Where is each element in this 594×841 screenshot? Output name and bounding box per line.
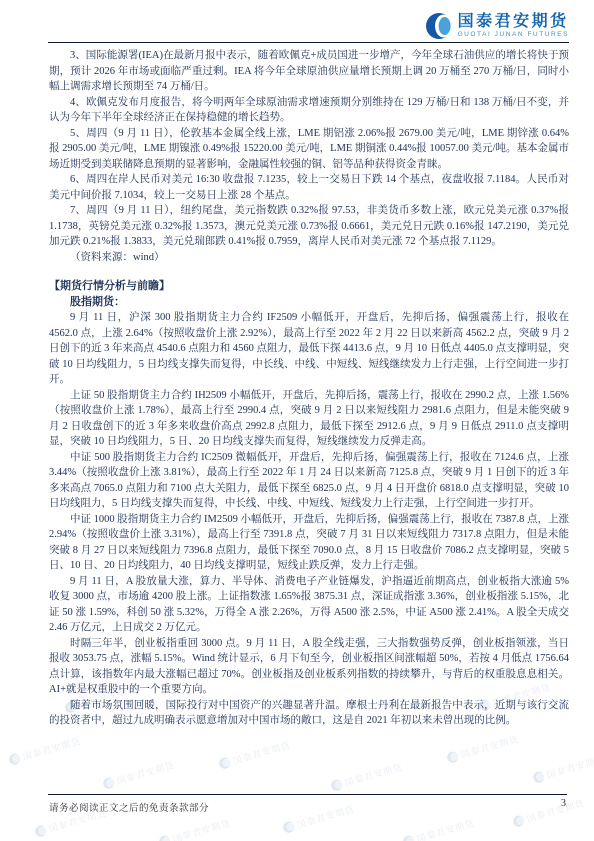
watermark: 国泰君安期货 (512, 796, 587, 829)
brand-logo-icon (34, 824, 48, 838)
watermark: 国泰君安期货 (532, 752, 594, 785)
brand-logo-icon (532, 770, 546, 784)
brand-logo-icon (426, 13, 452, 39)
watermark: 国泰君安期货 (158, 816, 233, 841)
watermark: 国泰君安期货 (102, 758, 177, 791)
brand-logo-icon (158, 834, 172, 841)
analysis-paragraph: 上证 50 股指期货主力合约 IH2509 小幅低开，开盘后，先抑后扬，震荡上行… (49, 388, 569, 450)
analysis-paragraph: 随着市场氛围回暖，国际投行对中国资产的兴趣显著升温。摩根士丹利在最新报告中表示，… (49, 698, 569, 729)
brand-logo-icon (512, 814, 526, 828)
watermark: 国泰君安期货 (282, 802, 357, 835)
watermark: 国泰君安期货 (218, 738, 293, 771)
watermark: 国泰君安期货 (446, 732, 521, 765)
news-paragraph: 7、周四（9 月 11 日），纽约尾盘，美元指数跌 0.32%报 97.53，非… (49, 203, 569, 250)
news-paragraph: 4、欧佩克发布月度报告，将今明两年全球原油需求增速预期分别维持在 129 万桶/… (49, 95, 569, 126)
analysis-paragraph: 时隔三年半，创业板指重回 3000 点。9 月 11 日，A 股全线走强，三大指… (49, 636, 569, 698)
analysis-paragraph: 9 月 11 日，A 股放量大涨，算力、半导体、消费电子产业链爆发，沪指逼近前期… (49, 574, 569, 636)
news-paragraph: 5、周四（9 月 11 日），伦敦基本金属全线上涨，LME 期铝涨 2.06%报… (49, 126, 569, 173)
brand-logo-icon (402, 834, 416, 841)
watermark: 国泰君安期货 (402, 816, 477, 841)
section-title: 【期货行情分析与前瞻】 (49, 279, 569, 295)
brand-logo-icon (330, 778, 344, 792)
brand-name-cn: 国泰君安期货 (458, 14, 569, 30)
footer-disclaimer: 请务必阅读正文之后的免责条款部分 (49, 800, 209, 814)
watermark: 国泰君安期货 (8, 734, 83, 767)
analysis-paragraph: 中证 500 股指期货主力合约 IC2509 微幅低开，开盘后，先抑后扬，偏强震… (49, 450, 569, 512)
section-subtitle: 股指期货： (49, 295, 569, 311)
footer-divider (48, 794, 567, 795)
analysis-paragraph: 中证 1000 股指期货主力合约 IM2509 小幅低开，开盘后，先抑后扬，偏强… (49, 512, 569, 574)
watermark: 国泰君安期货 (330, 760, 405, 793)
source-note: （资料来源：wind） (49, 250, 569, 266)
brand-logo-icon (218, 756, 232, 770)
brand-logo-icon (446, 750, 460, 764)
brand-logo-icon (102, 776, 116, 790)
header-divider (48, 42, 569, 43)
brand-name-en: GUOTAI JUNAN FUTURES (458, 32, 569, 39)
analysis-paragraph: 9 月 11 日，沪深 300 股指期货主力合约 IF2509 小幅低开，开盘后… (49, 310, 569, 388)
report-body: 3、国际能源署(IEA)在最新月报中表示，随着欧佩克+成员国进一步增产，今年全球… (49, 48, 569, 729)
brand-logo-icon (8, 752, 22, 766)
news-paragraph: 6、周四在岸人民币对美元 16:30 收盘报 7.1235，较上一交易日下跌 1… (49, 172, 569, 203)
news-paragraph: 3、国际能源署(IEA)在最新月报中表示，随着欧佩克+成员国进一步增产，今年全球… (49, 48, 569, 95)
report-page: 国泰君安期货 国泰君安期货 国泰君安期货 国泰君安期货 国泰君安期货 国泰君安期… (0, 0, 594, 841)
brand-logo-icon (282, 820, 296, 834)
brand-logo: 国泰君安期货 GUOTAI JUNAN FUTURES (426, 13, 569, 39)
page-number: 3 (561, 798, 566, 809)
